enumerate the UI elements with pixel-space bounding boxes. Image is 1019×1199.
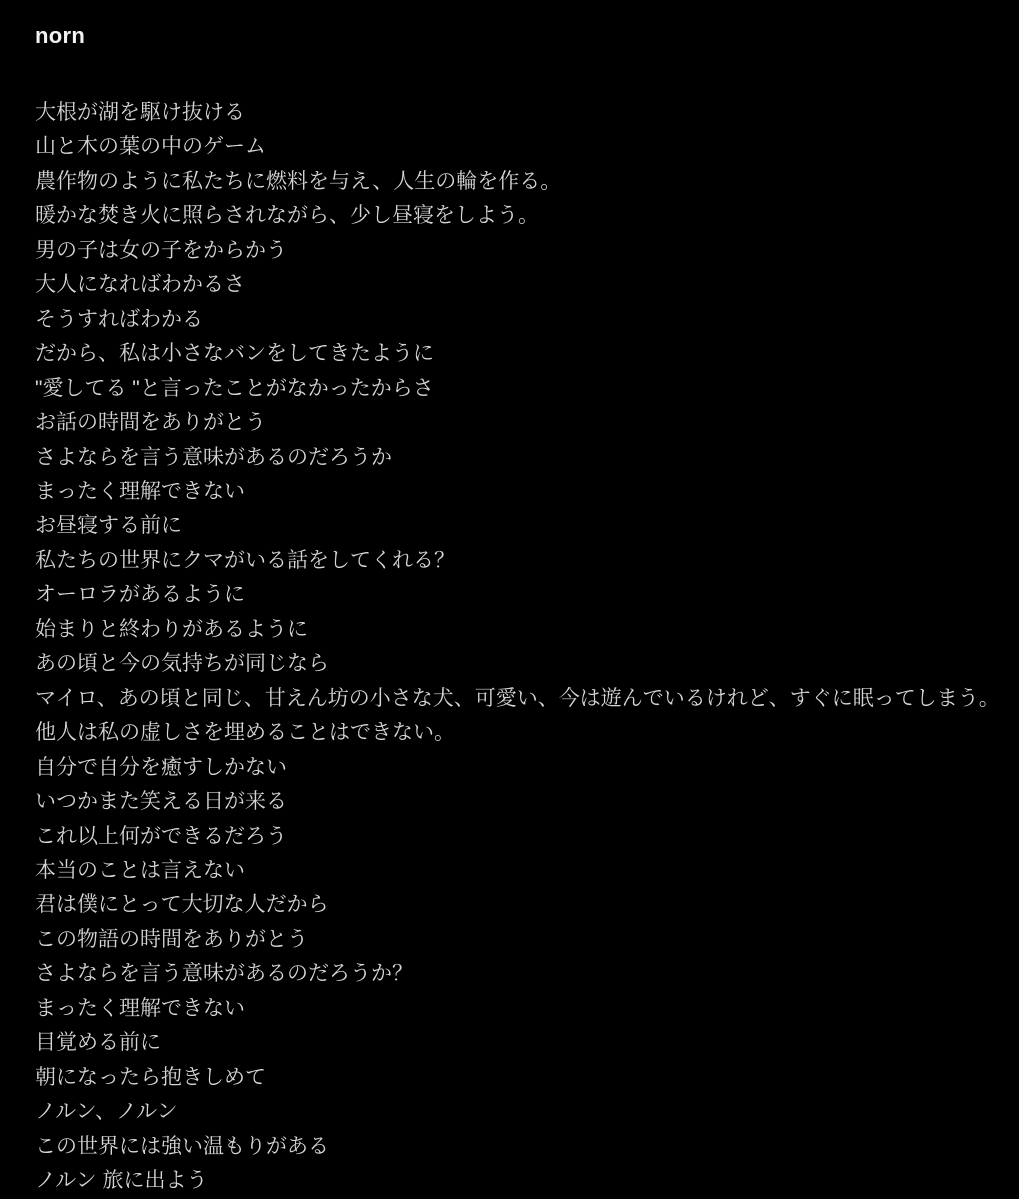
lyric-line: だから、私は小さなバンをしてきたように bbox=[35, 337, 995, 371]
lyric-line: この物語の時間をありがとう bbox=[35, 923, 995, 957]
lyric-line: ノルン 旅に出よう bbox=[35, 1164, 995, 1198]
lyric-line: 暖かな焚き火に照らされながら、少し昼寝をしよう。 bbox=[35, 199, 995, 233]
lyric-line: まったく理解できない bbox=[35, 992, 995, 1026]
lyric-line: "愛してる "と言ったことがなかったからさ bbox=[35, 372, 995, 406]
lyric-line: ノルン、ノルン bbox=[35, 1095, 995, 1129]
lyric-line: 君は僕にとって大切な人だから bbox=[35, 888, 995, 922]
lyrics-body: 大根が湖を駆け抜ける山と木の葉の中のゲーム農作物のように私たちに燃料を与え、人生… bbox=[35, 96, 995, 1199]
lyric-line: マイロ、あの頃と同じ、甘えん坊の小さな犬、可愛い、今は遊んでいるけれど、すぐに眠… bbox=[35, 682, 995, 716]
lyric-line: まったく理解できない bbox=[35, 475, 995, 509]
lyric-line: 他人は私の虚しさを埋めることはできない。 bbox=[35, 716, 995, 750]
lyric-line: 始まりと終わりがあるように bbox=[35, 613, 995, 647]
lyric-line: さよならを言う意味があるのだろうか？ bbox=[35, 957, 995, 991]
lyric-line: お話の時間をありがとう bbox=[35, 406, 995, 440]
lyric-line: 本当のことは言えない bbox=[35, 854, 995, 888]
lyric-line: 大人になればわかるさ bbox=[35, 268, 995, 302]
lyric-line: この世界には強い温もりがある bbox=[35, 1130, 995, 1164]
lyric-line: これ以上何ができるだろう bbox=[35, 820, 995, 854]
lyric-line: そうすればわかる bbox=[35, 303, 995, 337]
lyric-line: いつかまた笑える日が来る bbox=[35, 785, 995, 819]
lyric-line: 朝になったら抱きしめて bbox=[35, 1061, 995, 1095]
lyric-line: 男の子は女の子をからかう bbox=[35, 234, 995, 268]
lyric-line: 山と木の葉の中のゲーム bbox=[35, 130, 995, 164]
page-title: norn bbox=[35, 21, 995, 51]
lyric-line: オーロラがあるように bbox=[35, 578, 995, 612]
lyric-line: さよならを言う意味があるのだろうか bbox=[35, 441, 995, 475]
lyric-line: 私たちの世界にクマがいる話をしてくれる？ bbox=[35, 544, 995, 578]
lyric-line: お昼寝する前に bbox=[35, 509, 995, 543]
lyric-line: あの頃と今の気持ちが同じなら bbox=[35, 647, 995, 681]
lyric-line: 大根が湖を駆け抜ける bbox=[35, 96, 995, 130]
lyric-line: 農作物のように私たちに燃料を与え、人生の輪を作る。 bbox=[35, 165, 995, 199]
lyric-line: 自分で自分を癒すしかない bbox=[35, 751, 995, 785]
lyric-line: 目覚める前に bbox=[35, 1026, 995, 1060]
lyrics-page: norn 大根が湖を駆け抜ける山と木の葉の中のゲーム農作物のように私たちに燃料を… bbox=[0, 0, 1019, 1199]
